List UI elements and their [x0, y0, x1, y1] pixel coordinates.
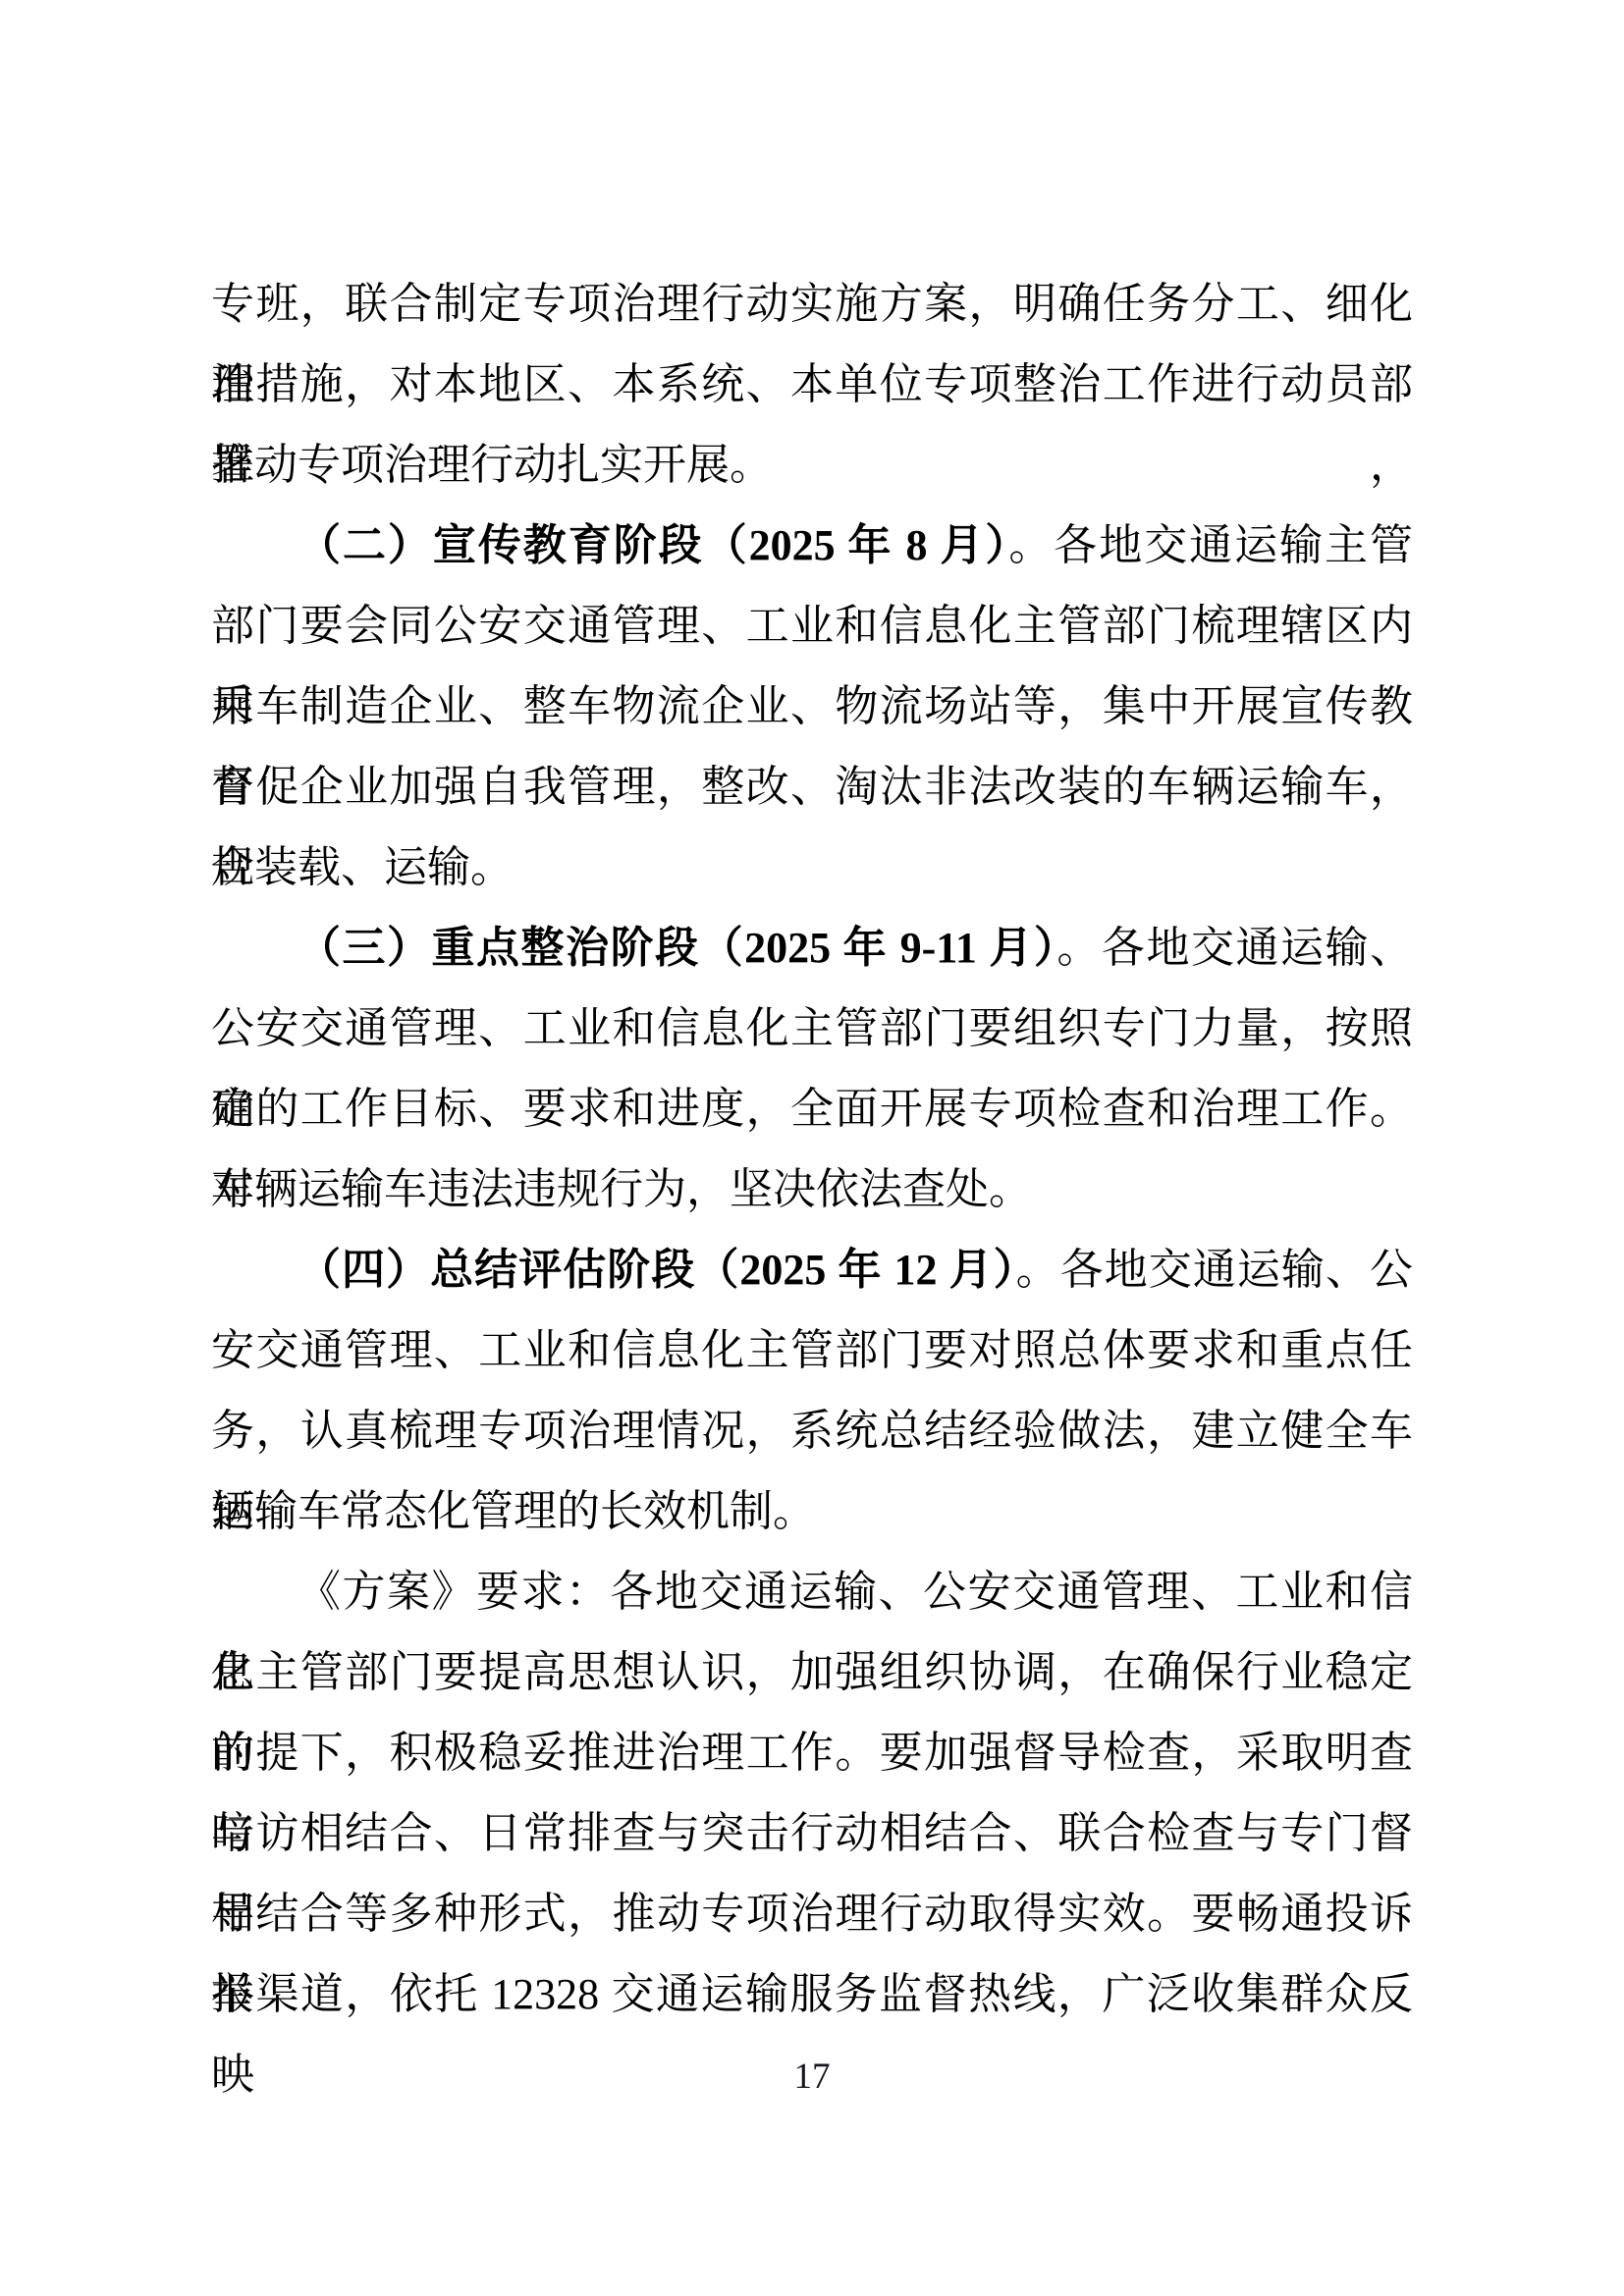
text-line: 暗访相结合、日常排查与突击行动相结合、联合检查与专门督导: [211, 1793, 1413, 1874]
text-line: 督促企业加强自我管理，整改、淘汰非法改装的车辆运输车，合: [211, 747, 1413, 828]
document-page: 专班，联合制定专项治理行动实施方案，明确任务分工、细化治 理措施，对本地区、本系…: [0, 0, 1624, 2296]
text-segment: 安交通管理、工业和信息化主管部门要对照总体要求和重点任: [211, 1326, 1413, 1374]
section-heading: （三）重点整治阶段（2025 年 9-11 月）: [298, 924, 1056, 972]
text-line: 部门要会同公安交通管理、工业和信息化主管部门梳理辖区内乘: [211, 586, 1413, 667]
text-line: 用车制造企业、整车物流企业、物流场站等，集中开展宣传教育，: [211, 667, 1413, 747]
text-line: 安交通管理、工业和信息化主管部门要对照总体要求和重点任: [211, 1310, 1413, 1391]
text-line: 化主管部门要提高思想认识，加强组织协调，在确保行业稳定的: [211, 1632, 1413, 1713]
text-line: 理措施，对本地区、本系统、本单位专项整治工作进行动员部署，: [211, 345, 1413, 425]
text-segment: 规装载、运输。: [211, 843, 514, 891]
text-line: 务，认真梳理专项治理情况，系统总结经验做法，建立健全车辆: [211, 1391, 1413, 1471]
text-line: 专班，联合制定专项治理行动实施方案，明确任务分工、细化治: [211, 264, 1413, 345]
text-line: 定的工作目标、要求和进度，全面开展专项检查和治理工作。对: [211, 1069, 1413, 1149]
page-number: 17: [0, 2056, 1624, 2099]
text-segment: 。各地交通运输、公: [1016, 1246, 1413, 1294]
text-segment: 。各地交通运输、: [1056, 924, 1413, 972]
text-line: 规装载、运输。: [211, 828, 1413, 908]
text-line: （三）重点整治阶段（2025 年 9-11 月）。各地交通运输、: [211, 908, 1413, 988]
text-segment: 车辆运输车违法违规行为，坚决依法查处。: [211, 1165, 1032, 1213]
text-line: 相结合等多种形式，推动专项治理行动取得实效。要畅通投诉举: [211, 1874, 1413, 1954]
text-line: 车辆运输车违法违规行为，坚决依法查处。: [211, 1149, 1413, 1230]
text-line: （四）总结评估阶段（2025 年 12 月）。各地交通运输、公: [211, 1230, 1413, 1310]
text-line: 公安交通管理、工业和信息化主管部门要组织专门力量，按照确: [211, 988, 1413, 1069]
text-line: 前提下，积极稳妥推进治理工作。要加强督导检查，采取明查与: [211, 1713, 1413, 1793]
section-heading: （二）宣传教育阶段（2025 年 8 月）: [298, 521, 1008, 569]
text-segment: 。各地交通运输主管: [1008, 521, 1413, 569]
text-segment: 运输车常态化管理的长效机制。: [211, 1487, 816, 1535]
text-line: （二）宣传教育阶段（2025 年 8 月）。各地交通运输主管: [211, 506, 1413, 586]
text-line: 《方案》要求：各地交通运输、公安交通管理、工业和信息: [211, 1552, 1413, 1632]
text-segment: 推动专项治理行动扎实开展。: [211, 441, 773, 489]
section-heading: （四）总结评估阶段（2025 年 12 月）: [298, 1246, 1016, 1294]
document-body: 专班，联合制定专项治理行动实施方案，明确任务分工、细化治 理措施，对本地区、本系…: [211, 264, 1413, 2035]
text-line: 报渠道，依托 12328 交通运输服务监督热线，广泛收集群众反映: [211, 1954, 1413, 2035]
text-line: 运输车常态化管理的长效机制。: [211, 1471, 1413, 1552]
